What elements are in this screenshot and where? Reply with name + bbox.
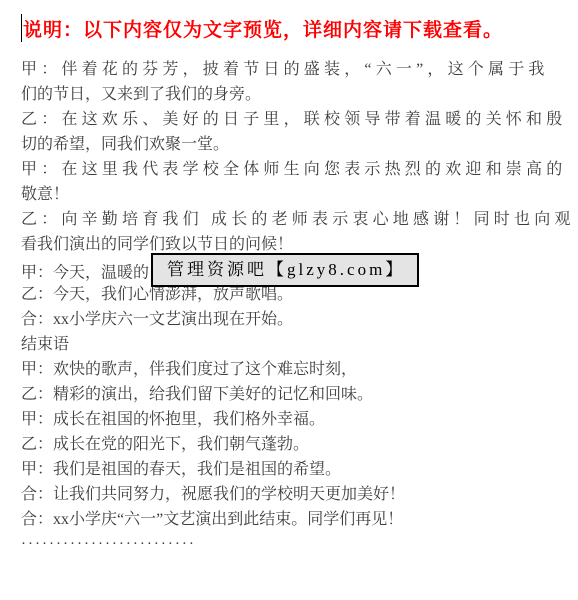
text-line: 甲：在这里我代表学校全体师生向您表示热烈的欢迎和崇高的: [21, 157, 578, 182]
dotted-line: ·························: [21, 532, 578, 557]
text-line: 乙：精彩的演出，给我们留下美好的记忆和回味。: [21, 382, 578, 407]
text-line: 甲：欢快的歌声，伴我们度过了这个难忘时刻，: [21, 357, 578, 382]
text-line-content: 乙：精彩的演出，给我们留下美好的记忆和回味。: [21, 386, 373, 403]
text-line-content: 甲：欢快的歌声，伴我们度过了这个难忘时刻，: [21, 361, 357, 378]
text-line-content: 看我们演出的同学们致以节日的问候！: [21, 236, 293, 253]
text-line-content: 合：xx小学庆六一文艺演出现在开始。: [21, 311, 293, 328]
text-line-content: 切的希望，同我们欢聚一堂。: [21, 136, 229, 153]
text-line: 切的希望，同我们欢聚一堂。: [21, 132, 578, 157]
text-line: 敬意！: [21, 182, 578, 207]
text-line-content: 甲：伴着花的芬芳，披着节日的盛装，“六一”，这个属于我: [21, 61, 549, 78]
text-line: 合：xx小学庆六一文艺演出现在开始。: [21, 307, 578, 332]
text-line-content: 乙：今天，我们心情澎湃，放声歌唱。: [21, 286, 293, 303]
preview-notice: 说明：以下内容仅为文字预览，详细内容请下载查看。: [23, 20, 503, 41]
text-line: 甲：成长在祖国的怀抱里，我们格外幸福。: [21, 407, 578, 432]
text-cursor: [21, 14, 22, 42]
document-preview-page: 说明：以下内容仅为文字预览，详细内容请下载查看。 甲：伴着花的芬芳，披着节日的盛…: [0, 0, 578, 600]
text-line: 合：xx小学庆“六一”文艺演出到此结束。同学们再见！: [21, 507, 578, 532]
text-line: 甲：今天，温暖的管理资源吧【glzy8.com】: [21, 257, 578, 282]
watermark-badge: 管理资源吧【glzy8.com】: [151, 253, 419, 287]
text-line-content: 甲：今天，温暖的: [21, 265, 149, 282]
text-line: 结束语: [21, 332, 578, 357]
text-line: 们的节日，又来到了我们的身旁。: [21, 82, 578, 107]
text-line-content: 们的节日，又来到了我们的身旁。: [21, 86, 261, 103]
text-line: 合：让我们共同努力，祝愿我们的学校明天更加美好！: [21, 482, 578, 507]
text-line: 甲：我们是祖国的春天，我们是祖国的希望。: [21, 457, 578, 482]
text-line-content: 甲：在这里我代表学校全体师生向您表示热烈的欢迎和崇高的: [21, 161, 566, 178]
text-line: 乙：成长在党的阳光下，我们朝气蓬勃。: [21, 432, 578, 457]
text-line-content: 乙：在这欢乐、美好的日子里，联校领导带着温暖的关怀和殷: [21, 111, 566, 128]
text-line-content: 乙：成长在党的阳光下，我们朝气蓬勃。: [21, 436, 309, 453]
text-line-content: 甲：我们是祖国的春天，我们是祖国的希望。: [21, 461, 341, 478]
text-line: 甲：伴着花的芬芳，披着节日的盛装，“六一”，这个属于我: [21, 57, 578, 82]
text-line-content: 合：让我们共同努力，祝愿我们的学校明天更加美好！: [21, 486, 405, 503]
text-line: 乙：向辛勤培育我们 成长的老师表示衷心地感谢！同时也向观: [21, 207, 578, 232]
document-body: 甲：伴着花的芬芳，披着节日的盛装，“六一”，这个属于我们的节日，又来到了我们的身…: [21, 57, 578, 557]
preview-notice-row: 说明：以下内容仅为文字预览，详细内容请下载查看。: [21, 14, 578, 44]
text-line-content: 合：xx小学庆“六一”文艺演出到此结束。同学们再见！: [21, 511, 403, 528]
text-line-content: 乙：向辛勤培育我们 成长的老师表示衷心地感谢！同时也向观: [21, 211, 575, 228]
text-line-content: 敬意！: [21, 186, 69, 203]
text-line: 乙：在这欢乐、美好的日子里，联校领导带着温暖的关怀和殷: [21, 107, 578, 132]
text-line-content: 结束语: [21, 336, 69, 353]
text-line-content: ·························: [21, 536, 196, 552]
text-line-content: 甲：成长在祖国的怀抱里，我们格外幸福。: [21, 411, 325, 428]
